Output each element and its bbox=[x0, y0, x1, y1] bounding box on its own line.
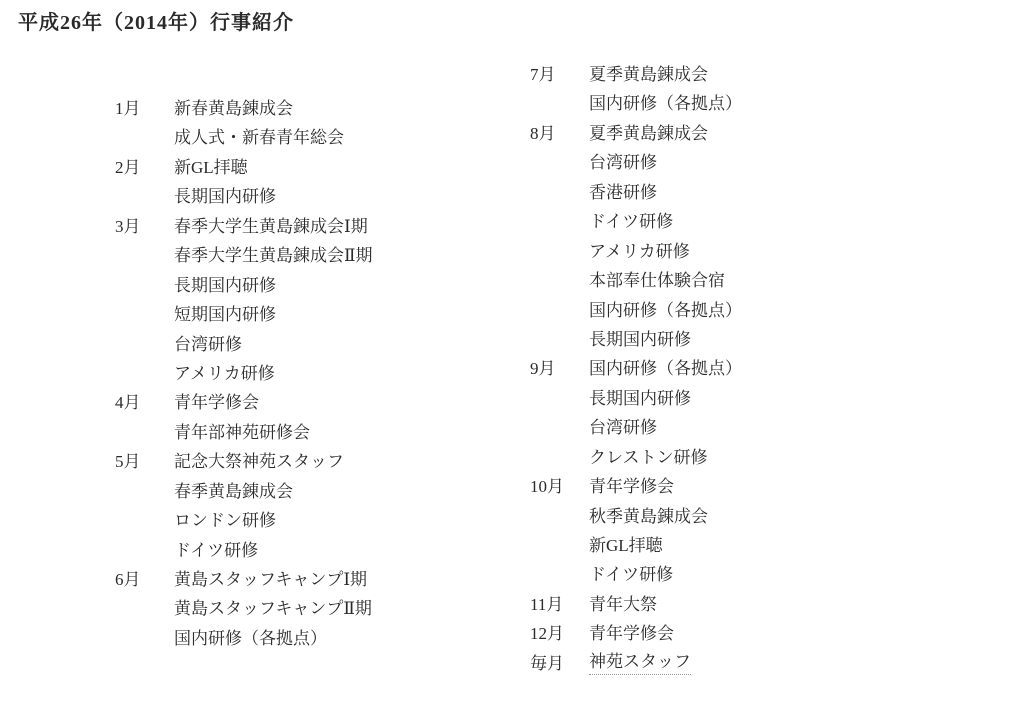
month-label: 2月 bbox=[115, 153, 174, 182]
month-label: 8月 bbox=[530, 119, 589, 148]
event-row: 1月新春黄島錬成会 bbox=[115, 94, 373, 123]
event-item: 夏季黄島錬成会 bbox=[589, 60, 708, 89]
event-row: 長期国内研修 bbox=[530, 384, 742, 413]
event-item: 春季大学生黄島錬成会Ⅰ期 bbox=[174, 212, 368, 241]
month-label: 9月 bbox=[530, 354, 589, 383]
event-item: ドイツ研修 bbox=[174, 536, 258, 565]
event-item: 新GL拝聴 bbox=[174, 153, 248, 182]
event-item: 国内研修（各拠点） bbox=[589, 89, 742, 118]
event-row: 台湾研修 bbox=[530, 148, 742, 177]
event-row: 国内研修（各拠点） bbox=[115, 624, 373, 653]
event-row: ドイツ研修 bbox=[115, 536, 373, 565]
event-row: 7月夏季黄島錬成会 bbox=[530, 60, 742, 89]
event-item: 青年学修会 bbox=[589, 619, 674, 648]
event-item: 神苑スタッフ bbox=[589, 652, 691, 674]
event-item: 国内研修（各拠点） bbox=[589, 296, 742, 325]
event-row: 11月青年大祭 bbox=[530, 590, 742, 619]
event-row: 青年部神苑研修会 bbox=[115, 418, 373, 447]
event-row: 台湾研修 bbox=[115, 330, 373, 359]
event-row: 8月夏季黄島錬成会 bbox=[530, 119, 742, 148]
event-item: 秋季黄島錬成会 bbox=[589, 502, 708, 531]
month-label: 4月 bbox=[115, 388, 174, 417]
event-item: クレストン研修 bbox=[589, 443, 708, 472]
page-title: 平成26年（2014年）行事紹介 bbox=[18, 6, 294, 35]
event-row: 5月記念大祭神苑スタッフ bbox=[115, 447, 373, 476]
month-label: 6月 bbox=[115, 565, 174, 594]
month-label: 3月 bbox=[115, 212, 174, 241]
event-item: 台湾研修 bbox=[174, 330, 242, 359]
event-item: 春季大学生黄島錬成会Ⅱ期 bbox=[174, 241, 373, 270]
event-item: ドイツ研修 bbox=[589, 560, 673, 589]
event-row: 黄島スタッフキャンプⅡ期 bbox=[115, 594, 373, 623]
event-item: 短期国内研修 bbox=[174, 300, 276, 329]
events-column-left: 1月新春黄島錬成会成人式・新春青年総会2月新GL拝聴長期国内研修3月春季大学生黄… bbox=[115, 94, 373, 653]
month-label: 11月 bbox=[530, 590, 589, 619]
event-row: 本部奉仕体験合宿 bbox=[530, 266, 742, 295]
event-row: 新GL拝聴 bbox=[530, 531, 742, 560]
event-item: 香港研修 bbox=[589, 178, 657, 207]
event-item: 長期国内研修 bbox=[589, 384, 691, 413]
event-item: 記念大祭神苑スタッフ bbox=[174, 447, 344, 476]
event-item: 本部奉仕体験合宿 bbox=[589, 266, 725, 295]
month-label: 5月 bbox=[115, 447, 174, 476]
event-row: 国内研修（各拠点） bbox=[530, 296, 742, 325]
event-row: アメリカ研修 bbox=[115, 359, 373, 388]
event-row: ドイツ研修 bbox=[530, 207, 742, 236]
month-label: 毎月 bbox=[530, 649, 589, 678]
event-row: 12月青年学修会 bbox=[530, 619, 742, 648]
month-label: 12月 bbox=[530, 619, 589, 648]
event-item: アメリカ研修 bbox=[589, 237, 690, 266]
event-row: 長期国内研修 bbox=[115, 271, 373, 300]
event-row: 毎月神苑スタッフ bbox=[530, 649, 742, 678]
document-page: 平成26年（2014年）行事紹介 1月新春黄島錬成会成人式・新春青年総会2月新G… bbox=[0, 0, 1024, 708]
event-row: 短期国内研修 bbox=[115, 300, 373, 329]
event-item: 黄島スタッフキャンプⅠ期 bbox=[174, 565, 367, 594]
event-item: 国内研修（各拠点） bbox=[174, 624, 327, 653]
event-item: 青年大祭 bbox=[589, 590, 657, 619]
event-item: 台湾研修 bbox=[589, 413, 657, 442]
event-item: 夏季黄島錬成会 bbox=[589, 119, 708, 148]
event-row: クレストン研修 bbox=[530, 443, 742, 472]
event-row: 台湾研修 bbox=[530, 413, 742, 442]
event-row: ロンドン研修 bbox=[115, 506, 373, 535]
event-item: 青年部神苑研修会 bbox=[174, 418, 310, 447]
event-item: ドイツ研修 bbox=[589, 207, 673, 236]
month-label: 7月 bbox=[530, 60, 589, 89]
event-row: 春季大学生黄島錬成会Ⅱ期 bbox=[115, 241, 373, 270]
month-label: 1月 bbox=[115, 94, 174, 123]
event-item: 青年学修会 bbox=[174, 388, 259, 417]
event-row: アメリカ研修 bbox=[530, 237, 742, 266]
event-item: 新春黄島錬成会 bbox=[174, 94, 293, 123]
event-row: 4月青年学修会 bbox=[115, 388, 373, 417]
event-item: 長期国内研修 bbox=[174, 182, 276, 211]
event-row: 国内研修（各拠点） bbox=[530, 89, 742, 118]
event-item: 青年学修会 bbox=[589, 472, 674, 501]
event-row: 長期国内研修 bbox=[115, 182, 373, 211]
event-item: ロンドン研修 bbox=[174, 506, 276, 535]
event-item: 春季黄島錬成会 bbox=[174, 477, 293, 506]
event-row: 成人式・新春青年総会 bbox=[115, 123, 373, 152]
event-row: 香港研修 bbox=[530, 178, 742, 207]
event-row: 長期国内研修 bbox=[530, 325, 742, 354]
event-item: 成人式・新春青年総会 bbox=[174, 123, 344, 152]
event-item: 新GL拝聴 bbox=[589, 531, 663, 560]
event-item: 黄島スタッフキャンプⅡ期 bbox=[174, 594, 372, 623]
event-row: 3月春季大学生黄島錬成会Ⅰ期 bbox=[115, 212, 373, 241]
event-row: 9月国内研修（各拠点） bbox=[530, 354, 742, 383]
event-row: ドイツ研修 bbox=[530, 560, 742, 589]
event-row: 2月新GL拝聴 bbox=[115, 153, 373, 182]
event-item: アメリカ研修 bbox=[174, 359, 275, 388]
event-row: 春季黄島錬成会 bbox=[115, 477, 373, 506]
event-item: 国内研修（各拠点） bbox=[589, 354, 742, 383]
event-item: 長期国内研修 bbox=[589, 325, 691, 354]
event-item: 台湾研修 bbox=[589, 148, 657, 177]
event-item: 長期国内研修 bbox=[174, 271, 276, 300]
events-column-right: 7月夏季黄島錬成会国内研修（各拠点）8月夏季黄島錬成会台湾研修香港研修ドイツ研修… bbox=[530, 60, 742, 678]
event-row: 秋季黄島錬成会 bbox=[530, 502, 742, 531]
event-row: 6月黄島スタッフキャンプⅠ期 bbox=[115, 565, 373, 594]
month-label: 10月 bbox=[530, 472, 589, 501]
event-row: 10月青年学修会 bbox=[530, 472, 742, 501]
